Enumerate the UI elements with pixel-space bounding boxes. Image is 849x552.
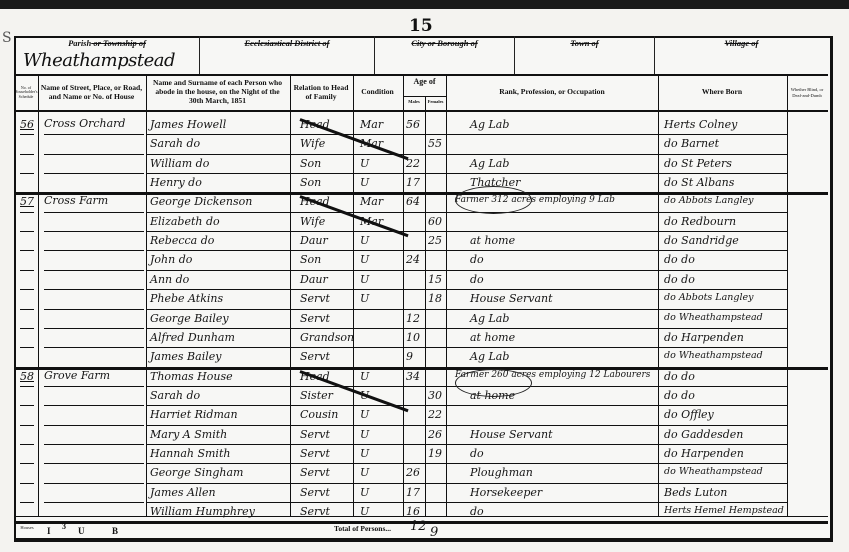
rule-line: [20, 425, 34, 426]
person-occupation: Horsekeeper: [470, 487, 542, 498]
person-condition: U: [360, 487, 369, 498]
schedule-number: 56: [20, 118, 34, 131]
person-name: George Bailey: [150, 313, 229, 324]
person-occupation: House Servant: [470, 293, 553, 304]
person-born: do Sandridge: [664, 235, 739, 246]
rule-line: [20, 483, 34, 484]
total-persons-label: Total of Persons...: [334, 524, 391, 533]
col-header-name: Name and Surname of each Person who abod…: [146, 76, 289, 109]
person-born: do Wheathampstead: [664, 467, 763, 477]
person-name: John do: [150, 254, 192, 265]
rule-line: [20, 444, 34, 445]
person-condition: Mar: [360, 138, 383, 149]
header-region-0: Parish or Township ofWheathampstead: [15, 36, 200, 74]
person-occupation: House Servant: [470, 429, 553, 440]
rule-line: [15, 367, 828, 370]
person-name: Elizabeth do: [150, 216, 220, 227]
schedule-number: 57: [20, 195, 34, 208]
person-age-m: 17: [406, 487, 420, 498]
person-age-m: 9: [406, 351, 413, 362]
person-born: Beds Luton: [664, 487, 727, 498]
rule-line: [20, 309, 34, 310]
person-relation: Servt: [300, 351, 330, 362]
person-relation: Servt: [300, 506, 330, 517]
rule-line: [146, 463, 787, 464]
person-born: do Harpenden: [664, 332, 744, 343]
col-header-occupation: Rank, Profession, or Occupation: [447, 76, 657, 109]
person-born: do Harpenden: [664, 448, 744, 459]
person-relation: Son: [300, 158, 321, 169]
rule-line: [15, 516, 828, 517]
houses-prefix: I: [47, 526, 51, 536]
rule-line: [15, 110, 828, 112]
header-region-1: Ecclesiastical District of: [200, 36, 375, 74]
rule-line: [44, 270, 144, 271]
region-label: Town of: [515, 38, 654, 48]
rule-line: [44, 250, 144, 251]
total-females: 9: [430, 526, 438, 539]
rule-line: [44, 289, 144, 290]
person-name: George Singham: [150, 467, 243, 478]
col-header-where-born: Where Born: [658, 76, 786, 109]
person-condition: Mar: [360, 196, 383, 207]
person-name: Henry do: [150, 177, 202, 188]
rule-line: [146, 134, 787, 135]
col-header-street: Name of Street, Place, or Road, and Name…: [38, 76, 145, 109]
col-header-schedule: No. of Householder's Schedule: [15, 76, 37, 109]
rule-line: [15, 74, 828, 76]
person-age-f: 60: [428, 216, 442, 227]
total-houses-label: Total of Houses: [16, 521, 38, 531]
person-name: Harriet Ridman: [150, 409, 238, 420]
person-born: do do: [664, 390, 695, 401]
person-condition: U: [360, 506, 369, 517]
rule-line: [44, 328, 144, 329]
col-header-condition: Condition: [353, 76, 402, 109]
person-occupation: do: [470, 274, 484, 285]
person-occupation: Ag Lab: [470, 158, 509, 169]
person-born: Herts Colney: [664, 119, 737, 130]
rule-line: [20, 134, 34, 135]
rule-line: [44, 309, 144, 310]
person-name: James Allen: [150, 487, 216, 498]
person-age-f: 30: [428, 390, 442, 401]
rule-line: [44, 405, 144, 406]
region-label: Village of: [655, 38, 828, 48]
person-name: William Humphrey: [150, 506, 255, 517]
header-region-3: Town of: [515, 36, 655, 74]
person-condition: U: [360, 158, 369, 169]
person-name: James Bailey: [150, 351, 221, 362]
houses-uninhabited-label: U: [78, 526, 85, 536]
rule-line: [146, 154, 787, 155]
person-condition: U: [360, 467, 369, 478]
person-age-m: 26: [406, 467, 420, 478]
person-occupation: do: [470, 448, 484, 459]
rule-line: [44, 502, 144, 503]
person-name: James Howell: [150, 119, 226, 130]
rule-line: [20, 347, 34, 348]
houses-inhabited: 3: [62, 522, 66, 531]
rule-line: [44, 173, 144, 174]
person-relation: Sister: [300, 390, 333, 401]
circled-annotation: [455, 369, 532, 397]
person-name: Sarah do: [150, 138, 200, 149]
person-relation: Servt: [300, 313, 330, 324]
person-born: do Abbots Langley: [664, 293, 753, 303]
person-condition: U: [360, 274, 369, 285]
person-relation: Servt: [300, 429, 330, 440]
person-age-m: 12: [406, 313, 420, 324]
person-born: do Offley: [664, 409, 714, 420]
person-relation: Servt: [300, 467, 330, 478]
rule-line: [20, 386, 34, 387]
rule-line: [20, 250, 34, 251]
person-relation: Servt: [300, 293, 330, 304]
person-condition: U: [360, 429, 369, 440]
person-age-m: 17: [406, 177, 420, 188]
rule-line: [20, 328, 34, 329]
rule-line: [20, 405, 34, 406]
person-name: Ann do: [150, 274, 189, 285]
person-age-f: 15: [428, 274, 442, 285]
person-relation: Son: [300, 177, 321, 188]
person-age-m: 16: [406, 506, 420, 517]
rule-line: [44, 154, 144, 155]
person-born: Herts Hemel Hempstead: [664, 506, 784, 516]
region-value: Wheathampstead: [23, 50, 175, 71]
scan-top-edge: [0, 0, 849, 9]
rule-line: [146, 405, 787, 406]
person-condition: U: [360, 293, 369, 304]
header-region-4: Village of: [655, 36, 828, 74]
rule-line: [146, 173, 787, 174]
person-occupation: Ag Lab: [470, 351, 509, 362]
rule-line: [20, 154, 34, 155]
rule-line: [44, 463, 144, 464]
rule-line: [146, 270, 787, 271]
person-relation: Wife: [300, 138, 325, 149]
col-header-age-males: Males: [403, 99, 425, 104]
region-label: City or Borough of: [375, 38, 514, 48]
rule-line: [20, 231, 34, 232]
person-condition: U: [360, 254, 369, 265]
rule-line: [44, 212, 144, 213]
col-header-age: Age of: [403, 77, 446, 86]
rule-line: [146, 250, 787, 251]
person-occupation: Ag Lab: [470, 119, 509, 130]
person-age-m: 10: [406, 332, 420, 343]
person-name: Alfred Dunham: [150, 332, 235, 343]
circled-annotation: [455, 186, 532, 214]
person-occupation: Ag Lab: [470, 313, 509, 324]
person-condition: U: [360, 390, 369, 401]
rule-line: [20, 463, 34, 464]
rule-line: [20, 212, 34, 213]
rule-line: [146, 502, 787, 503]
rule-line: [146, 483, 787, 484]
person-condition: U: [360, 371, 369, 382]
street-address: Grove Farm: [44, 370, 110, 381]
person-born: do St Albans: [664, 177, 734, 188]
person-occupation: do: [470, 506, 484, 517]
column-rule: [658, 76, 659, 516]
column-rule: [146, 76, 147, 516]
person-relation: Wife: [300, 216, 325, 227]
rule-line: [20, 289, 34, 290]
person-condition: U: [360, 409, 369, 420]
person-age-f: 25: [428, 235, 442, 246]
column-rule: [446, 76, 447, 516]
rule-line: [146, 425, 787, 426]
person-relation: Servt: [300, 487, 330, 498]
person-age-m: 56: [406, 119, 420, 130]
street-address: Cross Orchard: [44, 118, 125, 129]
person-relation: Grandson: [300, 332, 354, 343]
person-born: do do: [664, 371, 695, 382]
column-rule: [38, 76, 39, 516]
rule-line: [146, 347, 787, 348]
column-rule: [403, 76, 404, 516]
rule-line: [44, 483, 144, 484]
houses-building-label: B: [112, 526, 118, 536]
person-name: George Dickenson: [150, 196, 252, 207]
person-name: Thomas House: [150, 371, 233, 382]
person-age-m: 64: [406, 196, 420, 207]
person-condition: U: [360, 177, 369, 188]
person-occupation: Ploughman: [470, 467, 533, 478]
rule-line: [44, 386, 144, 387]
person-age-f: 55: [428, 138, 442, 149]
total-males: 12: [410, 520, 427, 533]
person-born: do do: [664, 254, 695, 265]
column-rule: [353, 76, 354, 516]
region-label: Ecclesiastical District of: [200, 38, 374, 48]
person-name: William do: [150, 158, 209, 169]
corner-mark: S: [2, 30, 12, 46]
person-condition: U: [360, 235, 369, 246]
person-condition: Mar: [360, 119, 383, 130]
person-born: do Wheathampstead: [664, 313, 763, 323]
person-occupation: do: [470, 254, 484, 265]
person-born: do do: [664, 274, 695, 285]
person-born: do Abbots Langley: [664, 196, 753, 206]
column-rule: [787, 76, 788, 516]
person-age-f: 26: [428, 429, 442, 440]
person-age-m: 24: [406, 254, 420, 265]
header-region-2: City or Borough of: [375, 36, 515, 74]
person-age-f: 22: [428, 409, 442, 420]
rule-line: [146, 231, 787, 232]
person-name: Mary A Smith: [150, 429, 227, 440]
person-born: do Gaddesden: [664, 429, 743, 440]
person-age-f: 19: [428, 448, 442, 459]
region-label: Parish or Township of: [15, 38, 199, 48]
rule-line: [44, 231, 144, 232]
person-relation: Daur: [300, 274, 328, 285]
rule-line: [20, 270, 34, 271]
person-name: Sarah do: [150, 390, 200, 401]
rule-line: [20, 173, 34, 174]
rule-line: [44, 347, 144, 348]
person-occupation: at home: [470, 332, 515, 343]
rule-line: [44, 134, 144, 135]
rule-line: [20, 502, 34, 503]
person-born: do Redbourn: [664, 216, 736, 227]
person-relation: Servt: [300, 448, 330, 459]
person-relation: Cousin: [300, 409, 338, 420]
rule-line: [146, 309, 787, 310]
person-condition: U: [360, 448, 369, 459]
col-header-age-females: Females: [425, 99, 446, 104]
street-address: Cross Farm: [44, 195, 108, 206]
rule-line: [44, 444, 144, 445]
col-header-relation: Relation to Head of Family: [290, 76, 352, 109]
person-name: Hannah Smith: [150, 448, 230, 459]
rule-line: [146, 328, 787, 329]
person-born: do St Peters: [664, 158, 732, 169]
rule-line: [44, 425, 144, 426]
person-relation: Son: [300, 254, 321, 265]
person-born: do Barnet: [664, 138, 719, 149]
schedule-number: 58: [20, 370, 34, 383]
column-rule: [290, 76, 291, 516]
person-name: Phebe Atkins: [150, 293, 223, 304]
col-header-blind: Whether Blind, or Deaf-and-Dumb: [787, 76, 827, 109]
person-relation: Daur: [300, 235, 328, 246]
person-age-m: 22: [406, 158, 420, 169]
person-age-f: 18: [428, 293, 442, 304]
rule-line: [146, 444, 787, 445]
person-occupation: at home: [470, 235, 515, 246]
rule-line: [146, 289, 787, 290]
person-born: do Wheathampstead: [664, 351, 763, 361]
person-age-m: 34: [406, 371, 420, 382]
rule-line: [146, 212, 787, 213]
person-name: Rebecca do: [150, 235, 214, 246]
page-number: 15: [409, 16, 433, 36]
person-condition: Mar: [360, 216, 383, 227]
column-rule: [425, 97, 426, 516]
